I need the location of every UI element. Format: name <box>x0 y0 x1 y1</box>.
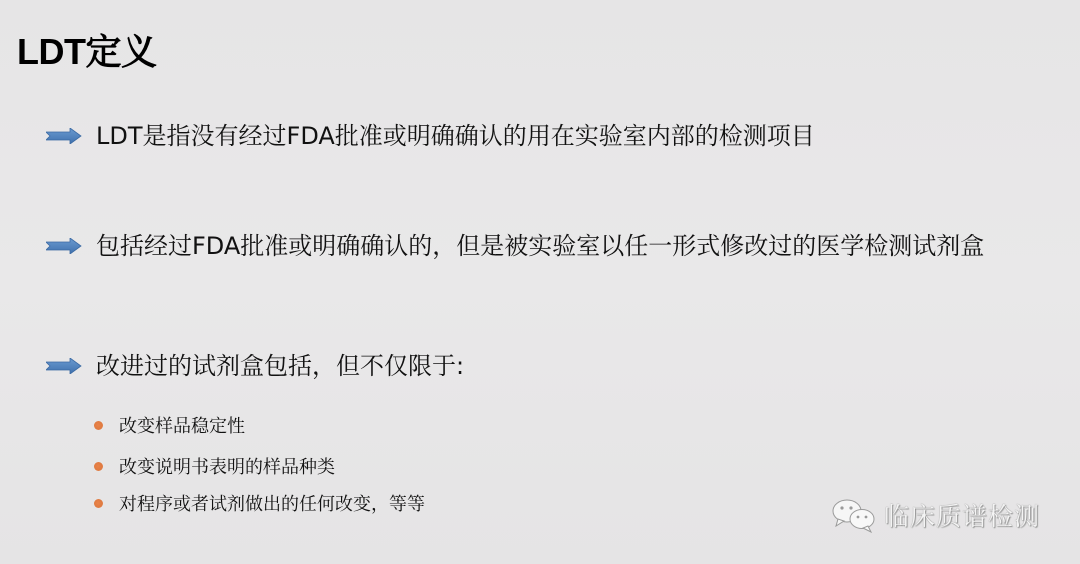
sub-bullet-text: 改变样品稳定性 <box>119 412 245 438</box>
arrow-right-icon <box>46 128 82 144</box>
slide-title: LDT定义 <box>17 24 156 75</box>
orange-dot-icon <box>94 421 103 430</box>
sub-bullet-item: 对程序或者试剂做出的任何改变，等等 <box>94 490 425 516</box>
wechat-icon <box>830 497 878 533</box>
orange-dot-icon <box>94 462 103 471</box>
orange-dot-icon <box>94 499 103 508</box>
bullet-item: 包括经过FDA批准或明确确认的，但是被实验室以任一形式修改过的医学检测试剂盒 <box>46 228 1036 265</box>
arrow-right-icon <box>46 238 82 254</box>
sub-bullet-item: 改变说明书表明的样品种类 <box>94 453 335 479</box>
watermark: 临床质谱检测 <box>830 497 1040 533</box>
sub-bullet-item: 改变样品稳定性 <box>94 412 245 438</box>
bullet-text: 包括经过FDA批准或明确确认的，但是被实验室以任一形式修改过的医学检测试剂盒 <box>96 228 1036 265</box>
bullet-text: 改进过的试剂盒包括，但不仅限于: <box>96 348 1036 385</box>
bullet-text: LDT是指没有经过FDA批准或明确确认的用在实验室内部的检测项目 <box>96 118 1036 155</box>
bullet-item: LDT是指没有经过FDA批准或明确确认的用在实验室内部的检测项目 <box>46 118 1036 155</box>
sub-bullet-text: 改变说明书表明的样品种类 <box>119 453 335 479</box>
watermark-text: 临床质谱检测 <box>884 497 1040 533</box>
arrow-right-icon <box>46 358 82 374</box>
sub-bullet-text: 对程序或者试剂做出的任何改变，等等 <box>119 490 425 516</box>
bullet-item: 改进过的试剂盒包括，但不仅限于: <box>46 348 1036 385</box>
